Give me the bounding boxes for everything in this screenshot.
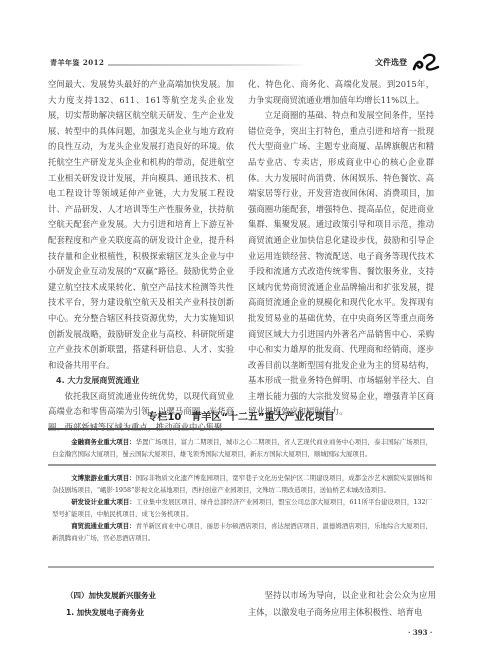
right-column: 化、特色化、商务化、高端化发展。到2015年，力争实现商贸流通业增加值年均增长1…	[248, 77, 434, 420]
box-item: 金融商务业重大项目：华置广场项目，富力二期项目，城市之心二期项目，省人艺现代商业…	[52, 436, 432, 460]
section-title: 文件选登	[375, 57, 407, 68]
header-rule	[108, 64, 308, 66]
box-divider	[48, 464, 436, 466]
subheading-commerce: 4. 大力发展商贸流通业	[48, 373, 234, 389]
box-item-label: 商贸流通业重大项目：	[71, 522, 135, 530]
box-item: 研发设计业重大项目：工业集中发展区项目，绿舟总部经济产业园项目，盟宝公司总部大厦…	[52, 496, 432, 520]
section-heading: （四）加快发展新兴服务业	[66, 587, 156, 604]
body-paragraph: 立足商圈的基础、特点和发展空间条件，坚持错位竞争，突出主打特色，重点引进和培育一…	[248, 108, 434, 420]
bottom-headings: （四）加快发展新兴服务业 1. 加快发展电子商务业	[66, 587, 156, 621]
page-header: 青羊年鉴 2012 文件选登	[50, 58, 440, 74]
body-paragraph: 坚持以市场为导向，以企业和社会公众为应用主体，以激发电子商务应用主体积极性、培育…	[248, 587, 436, 621]
box-bottom-rule	[48, 566, 434, 568]
box-item: 文博旅游业重大项目：国际非物质文化遗产博览园项目，宽窄巷子文化历史保护区二期建设…	[52, 472, 432, 496]
page-number: · 393 ·	[408, 628, 432, 637]
box-item: 商贸流通业重大项目：青羊新区商业中心项目，丽思卡尔顿酒店项目，喜达屋酒店项目，温…	[52, 520, 432, 544]
calligraphy-logo-icon	[412, 52, 440, 72]
body-paragraph: 空间最大、发展势头最好的产业高端加快发展。加大力度支持132、611、161等航…	[48, 77, 234, 373]
bottom-right-column: 坚持以市场为导向，以企业和社会公众为应用主体，以激发电子商务应用主体积极性、培育…	[248, 587, 436, 621]
box-item-label: 金融商务业重大项目：	[71, 438, 135, 446]
box-top-rule	[48, 428, 434, 430]
yearbook-title: 青羊年鉴 2012	[50, 58, 104, 68]
body-paragraph: 化、特色化、商务化、高端化发展。到2015年，力争实现商贸流通业增加值年均增长1…	[248, 77, 434, 108]
box-item-label: 研发设计业重大项目：	[71, 498, 136, 506]
box-title: 专栏10 青羊区“十二五”重大产业化项目	[48, 408, 434, 423]
left-column: 空间最大、发展势头最好的产业高端加快发展。加大力度支持132、611、161等航…	[48, 77, 234, 436]
subsection-heading: 1. 加快发展电子商务业	[66, 604, 156, 621]
box-item-label: 文博旅游业重大项目：	[71, 474, 135, 482]
project-box: 金融商务业重大项目：华置广场项目，富力二期项目，城市之心二期项目，省人艺现代商业…	[52, 436, 432, 544]
